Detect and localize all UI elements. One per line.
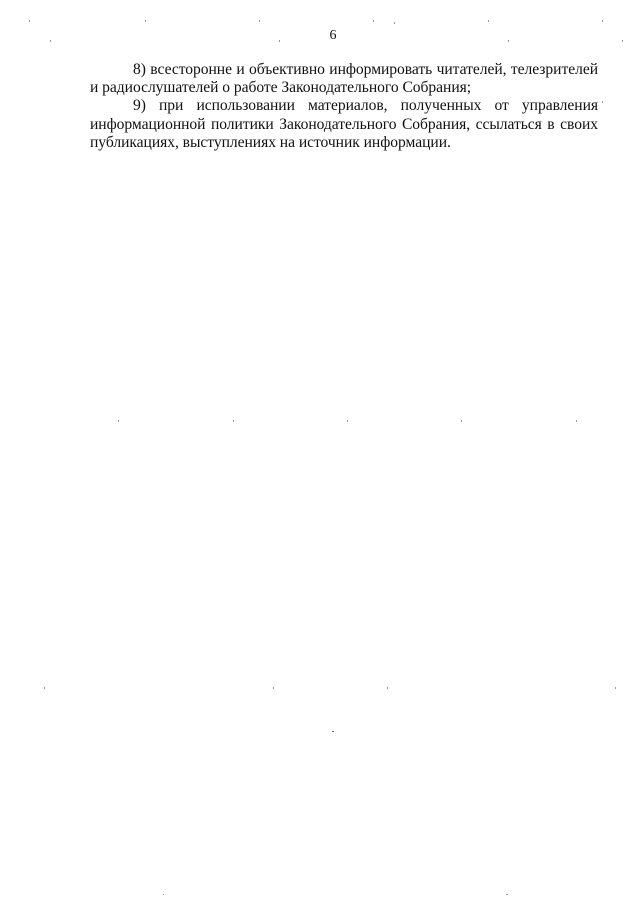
scan-speck	[44, 687, 45, 689]
scan-speck	[461, 420, 462, 422]
scan-speck	[259, 20, 260, 22]
paragraph-item-8: 8) всесторонне и объективно информироват…	[90, 61, 598, 97]
scan-speck	[118, 420, 119, 422]
scan-speck	[394, 22, 395, 24]
scan-speck	[273, 687, 274, 689]
scan-speck	[622, 40, 623, 42]
scan-speck	[506, 894, 508, 895]
scan-speck	[602, 20, 603, 22]
page-number: 6	[0, 28, 640, 44]
scan-speck	[373, 20, 374, 22]
scan-speck	[615, 687, 616, 689]
paragraph-item-9: 9) при использовании материалов, получен…	[90, 97, 598, 152]
scan-speck	[387, 687, 388, 689]
scan-speck	[347, 420, 348, 422]
scan-speck	[233, 420, 234, 422]
document-body: 8) всесторонне и объективно информироват…	[90, 61, 598, 152]
scan-speck	[163, 894, 164, 895]
scan-speck	[50, 40, 51, 42]
scan-speck	[576, 420, 577, 422]
scan-speck	[488, 20, 489, 22]
scan-speck	[602, 101, 603, 103]
scan-speck	[508, 40, 509, 42]
scan-speck	[29, 20, 30, 22]
scan-speck	[279, 40, 280, 42]
scan-speck	[332, 731, 334, 732]
scan-speck	[145, 20, 146, 22]
document-page: 6 8) всесторонне и объективно информиров…	[0, 0, 640, 905]
